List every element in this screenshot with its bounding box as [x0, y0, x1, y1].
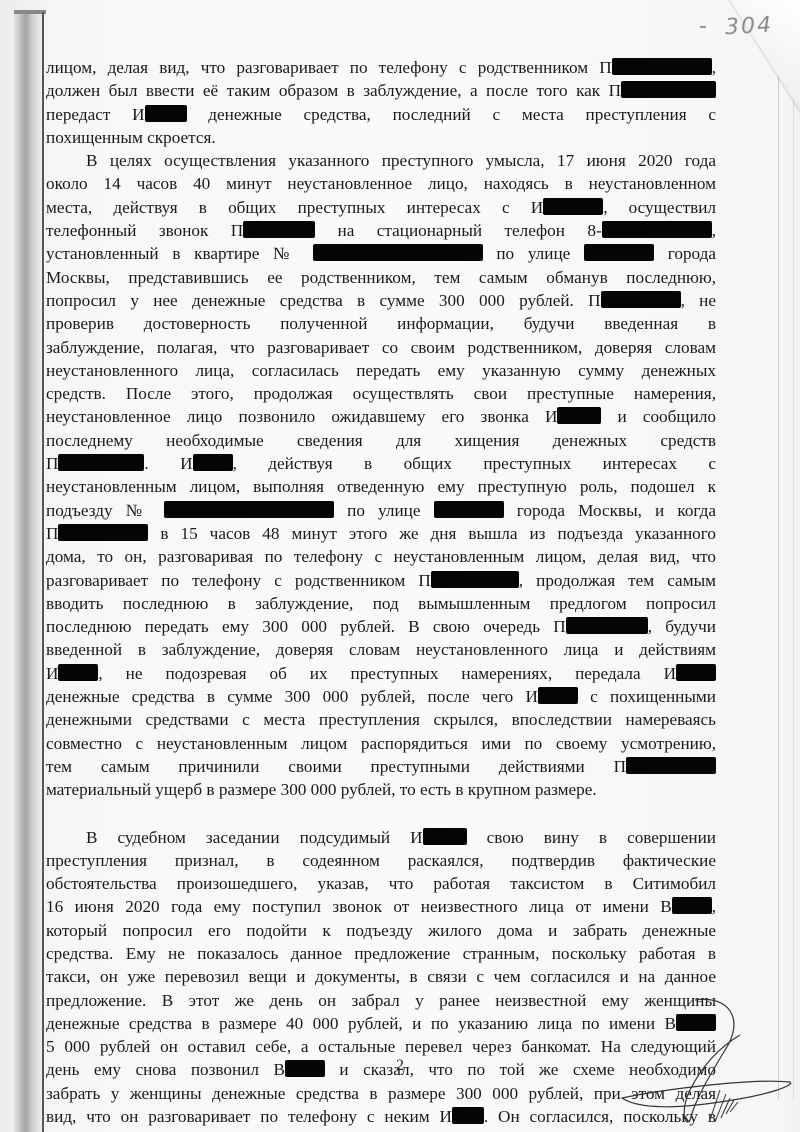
- text-segment: неустановленное лицо позвонило ожидавшем…: [46, 407, 557, 426]
- text-segment: места, действуя в общих преступных интер…: [46, 198, 543, 217]
- document-page: 304 лицом, делая вид, что разговаривает …: [0, 0, 800, 1132]
- text-segment: ,: [712, 58, 716, 77]
- text-segment: установленный в квартире №: [46, 244, 313, 263]
- text-segment: дома, то он, разговаривая по телефону с …: [46, 547, 716, 566]
- text-line: последнюю передать ему 300 000 рублей. В…: [46, 615, 716, 638]
- redaction-block: [672, 897, 712, 914]
- redaction-block: [612, 58, 712, 75]
- text-line: преступления признал, в содеянном раская…: [46, 849, 716, 872]
- text-segment: денежные средства, последний с места пре…: [187, 105, 717, 124]
- text-segment: передаст И: [46, 105, 145, 124]
- binding-shadow: [14, 10, 44, 1132]
- text-line: последнему необходимые сведения для хище…: [46, 429, 716, 452]
- text-segment: должен был ввести её таким образом в заб…: [46, 81, 621, 100]
- redaction-block: [243, 221, 315, 238]
- text-line: средств. После этого, продолжая осуществ…: [46, 382, 716, 405]
- text-segment: проверив достоверность полученной информ…: [46, 314, 716, 333]
- text-segment: города Москвы, и когда: [504, 501, 716, 520]
- redaction-block: [676, 664, 716, 681]
- redaction-block: [584, 244, 654, 261]
- text-line: введенной в заблуждение, доверяя словам …: [46, 638, 716, 661]
- text-segment: ,: [712, 897, 716, 916]
- text-segment: по улице: [334, 501, 434, 520]
- text-line: средства. Ему не показалось данное предл…: [46, 942, 716, 965]
- text-line: денежные средства в сумме 300 000 рублей…: [46, 685, 716, 708]
- text-line: проверив достоверность полученной информ…: [46, 312, 716, 335]
- redaction-block: [58, 664, 98, 681]
- text-segment: похищенным скроется.: [46, 128, 216, 147]
- text-line: совместно с неустановленным лицом распор…: [46, 732, 716, 755]
- text-line: материальный ущерб в размере 300 000 руб…: [46, 778, 716, 801]
- text-line: денежными средствами с места преступлени…: [46, 708, 716, 731]
- text-line: такси, он уже перевозил вещи и документы…: [46, 965, 716, 988]
- text-line: вводить последнюю в заблуждение, под вым…: [46, 592, 716, 615]
- text-line: неустановленного лица, согласилась перед…: [46, 359, 716, 382]
- text-segment: денежные средства в размере 40 000 рубле…: [46, 1014, 676, 1033]
- text-segment: , не: [681, 291, 716, 310]
- text-segment: П: [46, 524, 58, 543]
- text-segment: И: [46, 664, 58, 683]
- text-segment: в 15 часов 48 минут этого же дня вышла и…: [148, 524, 716, 543]
- text-segment: обстоятельства произошедшего, указав, чт…: [46, 874, 716, 893]
- text-segment: разговаривает по телефону с родственнико…: [46, 571, 431, 590]
- text-segment: подъезду №: [46, 501, 164, 520]
- text-line: П. И, действуя в общих преступных интере…: [46, 452, 716, 475]
- text-line: подъезду № по улице города Москвы, и ког…: [46, 499, 716, 522]
- text-segment: попросил у нее денежные средства в сумме…: [46, 291, 601, 310]
- text-line: И, не подозревая об их преступных намере…: [46, 662, 716, 685]
- text-segment: около 14 часов 40 минут неустановленное …: [46, 174, 716, 193]
- text-segment: средства. Ему не показалось данное предл…: [46, 944, 716, 963]
- text-segment: , будучи: [648, 617, 716, 636]
- text-line: передаст И денежные средства, последний …: [46, 103, 716, 126]
- text-segment: тем самым причинили своими преступными д…: [46, 757, 626, 776]
- redaction-block: [313, 244, 483, 261]
- text-segment: свою вину в совершении: [467, 828, 716, 847]
- text-line: около 14 часов 40 минут неустановленное …: [46, 172, 716, 195]
- redaction-block: [193, 454, 233, 471]
- text-line: разговаривает по телефону с родственнико…: [46, 569, 716, 592]
- text-segment: последнюю передать ему 300 000 рублей. В…: [46, 617, 566, 636]
- redaction-block: [538, 687, 578, 704]
- text-segment: по улице: [483, 244, 584, 263]
- text-line: неустановленное лицо позвонило ожидавшем…: [46, 405, 716, 428]
- redaction-block: [602, 221, 712, 238]
- text-segment: и сообщило: [601, 407, 716, 426]
- text-line: попросил у нее денежные средства в сумме…: [46, 289, 716, 312]
- text-line: телефонный звонок П на стационарный теле…: [46, 219, 716, 242]
- binding-line: [42, 12, 44, 1132]
- redaction-block: [145, 105, 187, 122]
- redaction-block: [621, 81, 716, 98]
- text-line: 16 июня 2020 года ему поступил звонок от…: [46, 895, 716, 918]
- redaction-block: [543, 198, 603, 215]
- text-segment: телефонный звонок П: [46, 221, 243, 240]
- text-segment: денежные средства в сумме 300 000 рублей…: [46, 687, 538, 706]
- redaction-block: [434, 501, 504, 518]
- text-segment: средств. После этого, продолжая осуществ…: [46, 384, 716, 403]
- redaction-block: [557, 407, 601, 424]
- text-line: заблуждение, полагая, что разговаривает …: [46, 336, 716, 359]
- redaction-block: [566, 617, 648, 634]
- redaction-block: [164, 501, 334, 518]
- text-segment: вводить последнюю в заблуждение, под вым…: [46, 594, 716, 613]
- redaction-block: [431, 571, 519, 588]
- sheet-number: 304: [724, 13, 773, 40]
- handwritten-mark: [700, 26, 706, 28]
- text-line: места, действуя в общих преступных интер…: [46, 196, 716, 219]
- text-line: похищенным скроется.: [46, 126, 716, 149]
- text-line: П в 15 часов 48 минут этого же дня вышла…: [46, 522, 716, 545]
- text-line: В целях осуществления указанного преступ…: [46, 149, 716, 172]
- text-segment: . И: [144, 454, 192, 473]
- text-line: тем самым причинили своими преступными д…: [46, 755, 716, 778]
- text-line: который попросил его подойти к подъезду …: [46, 919, 716, 942]
- text-segment: , осуществил: [603, 198, 716, 217]
- redaction-block: [58, 454, 144, 471]
- text-line: неустановленным лицом, выполняя отведенн…: [46, 475, 716, 498]
- text-segment: , продолжая тем самым: [519, 571, 716, 590]
- text-segment: неустановленным лицом, выполняя отведенн…: [46, 477, 716, 496]
- text-line: установленный в квартире № по улице горо…: [46, 242, 716, 265]
- text-segment: такси, он уже перевозил вещи и документы…: [46, 967, 716, 986]
- text-segment: материальный ущерб в размере 300 000 руб…: [46, 780, 597, 799]
- text-segment: заблуждение, полагая, что разговаривает …: [46, 338, 716, 357]
- text-segment: , не подозревая об их преступных намерен…: [98, 664, 676, 683]
- text-segment: с похищенными: [578, 687, 716, 706]
- text-segment: который попросил его подойти к подъезду …: [46, 921, 716, 940]
- text-line: лицом, делая вид, что разговаривает по т…: [46, 56, 716, 79]
- signature: [600, 990, 800, 1132]
- text-segment: , действуя в общих преступных интересах …: [233, 454, 716, 473]
- text-segment: В целях осуществления указанного преступ…: [86, 151, 716, 170]
- text-segment: вид, что он разговаривает по телефону с …: [46, 1107, 452, 1126]
- text-line: Москвы, представившись ее родственником,…: [46, 266, 716, 289]
- text-segment: неустановленного лица, согласилась перед…: [46, 361, 716, 380]
- page-stack-edge: [778, 40, 794, 1100]
- text-segment: ,: [712, 221, 716, 240]
- text-segment: Москвы, представившись ее родственником,…: [46, 268, 716, 287]
- text-line: обстоятельства произошедшего, указав, чт…: [46, 872, 716, 895]
- redaction-block: [601, 291, 681, 308]
- text-segment: введенной в заблуждение, доверяя словам …: [46, 640, 716, 659]
- text-segment: В судебном заседании подсудимый И: [86, 828, 423, 847]
- text-line: должен был ввести её таким образом в заб…: [46, 79, 716, 102]
- redaction-block: [423, 828, 467, 845]
- text-segment: города: [654, 244, 716, 263]
- text-segment: лицом, делая вид, что разговаривает по т…: [46, 58, 612, 77]
- text-line: В судебном заседании подсудимый И свою в…: [46, 826, 716, 849]
- text-segment: совместно с неустановленным лицом распор…: [46, 734, 716, 753]
- text-segment: денежными средствами с места преступлени…: [46, 710, 716, 729]
- text-line: дома, то он, разговаривая по телефону с …: [46, 545, 716, 568]
- redaction-block: [452, 1107, 484, 1124]
- document-body: лицом, делая вид, что разговаривает по т…: [46, 56, 716, 1128]
- text-segment: последнему необходимые сведения для хище…: [46, 431, 716, 450]
- text-segment: преступления признал, в содеянном раская…: [46, 851, 716, 870]
- redaction-block: [626, 757, 716, 774]
- redaction-block: [58, 524, 148, 541]
- text-segment: П: [46, 454, 58, 473]
- text-segment: 16 июня 2020 года ему поступил звонок от…: [46, 897, 672, 916]
- text-segment: на стационарный телефон 8-: [315, 221, 602, 240]
